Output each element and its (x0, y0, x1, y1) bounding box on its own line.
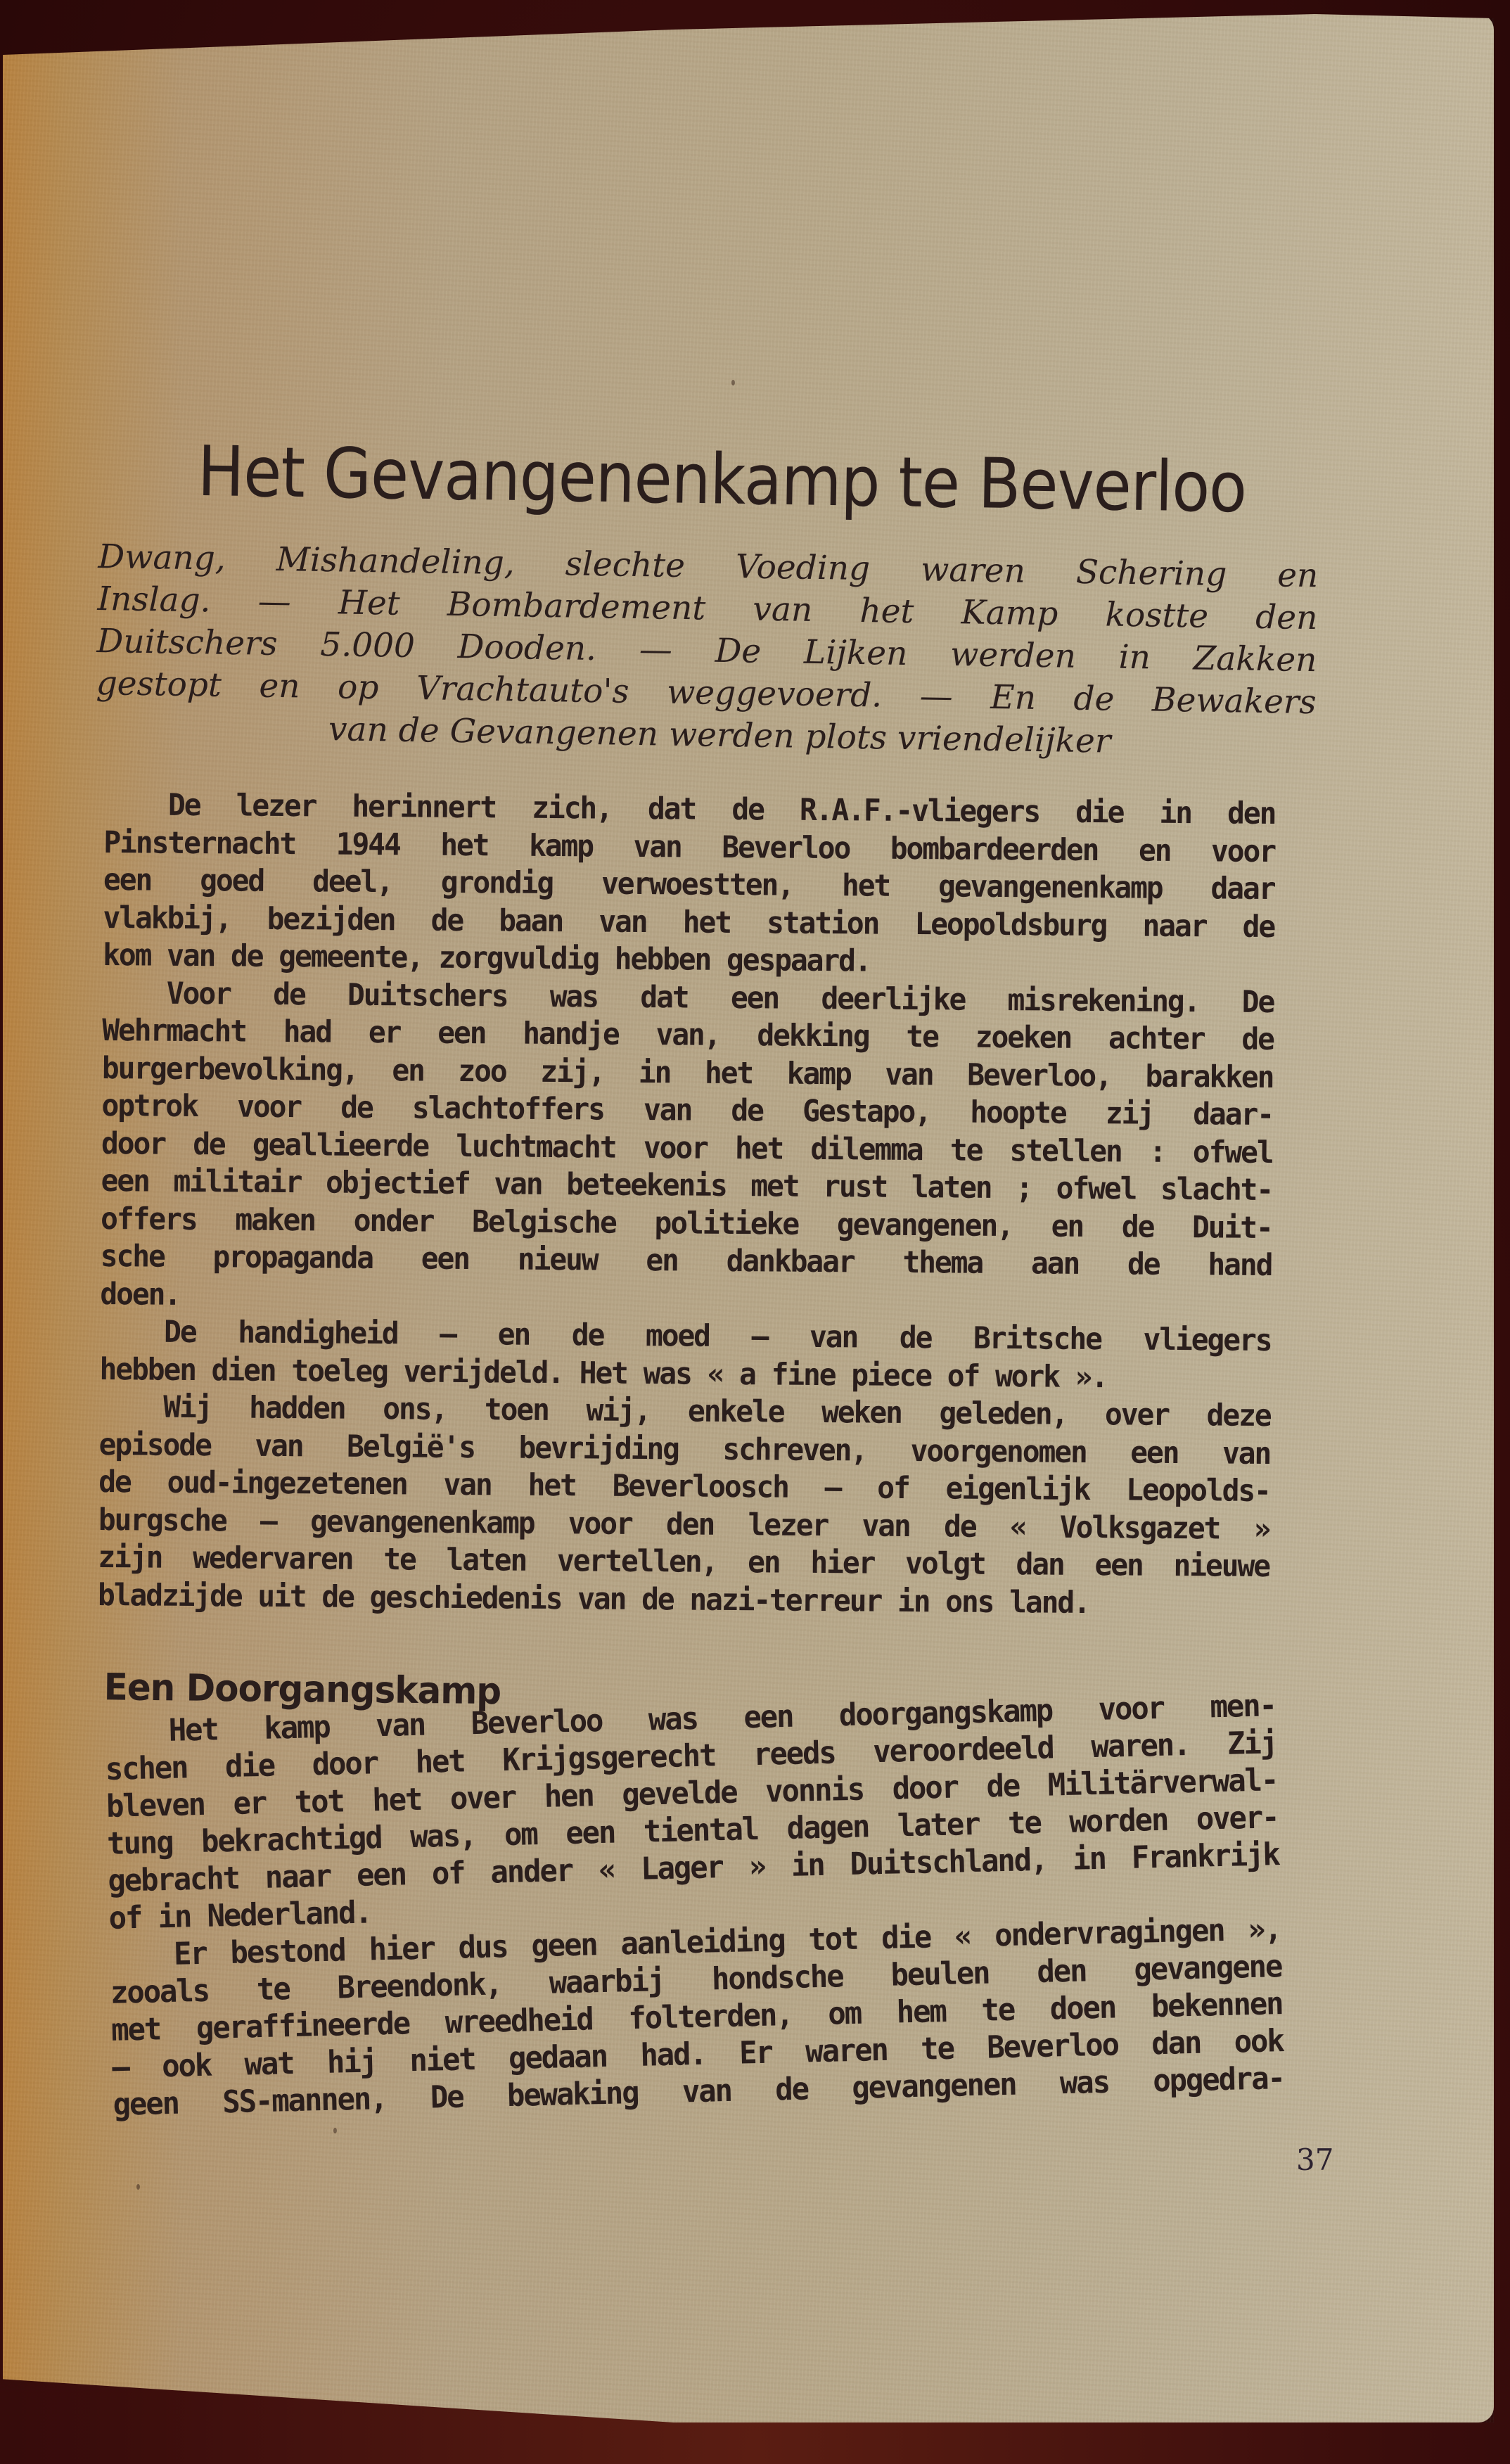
article-subtitle: Dwang, Mishandeling, slechte Voeding war… (95, 536, 1318, 766)
paper-speck (136, 2184, 140, 2190)
article-title: Het Gevangenenkamp te Beverloo (197, 430, 1232, 528)
section-2-body: Het kamp van Beverloo was een doorgangsk… (104, 1687, 1284, 2124)
section-1-body: De lezer herinnert zich, dat de R.A.F.-v… (98, 786, 1276, 1623)
page-number: 37 (1296, 2143, 1333, 2177)
paper-speck (731, 380, 735, 385)
paper-speck (333, 2128, 337, 2133)
